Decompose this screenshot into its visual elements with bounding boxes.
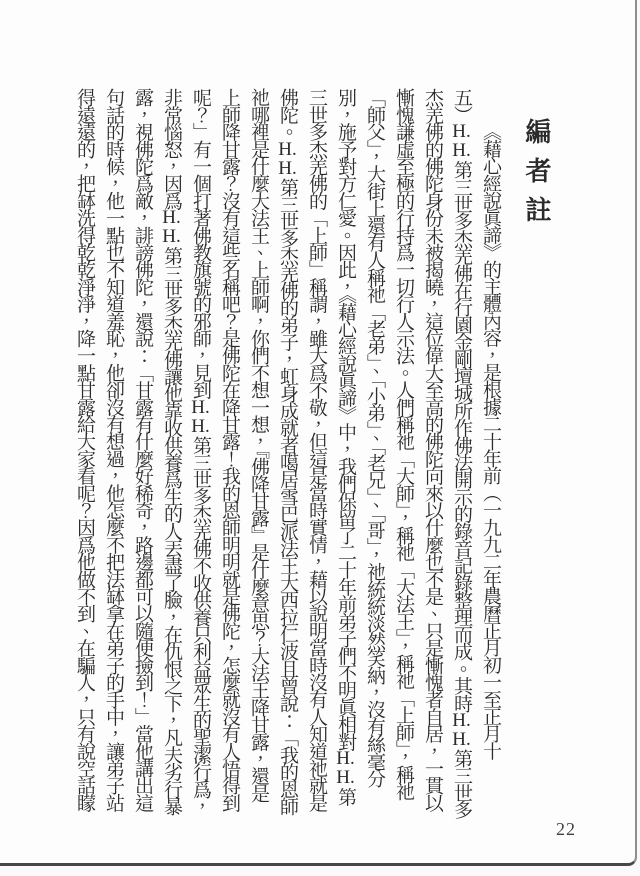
page-number: 22 xyxy=(556,819,576,840)
text-column: 杰羌佛的佛陀身份未被揭曉，這位偉大至高的佛陀向來以什麼也不是、只是慚愧者自居，一… xyxy=(418,88,447,828)
page-title: 編者註 xyxy=(517,88,555,828)
latin-initials: H. xyxy=(161,227,182,246)
text-column: 露，視佛陀爲敵，誹謗佛陀，還說：「甘露有什麼好稀奇，路邊都可以隨便撿到！」當他講… xyxy=(128,88,157,828)
text-column: 五）H.H.第三世多杰羌佛在行園金剛壇城所作佛法開示的錄音記錄整理而成。其時H.… xyxy=(447,88,476,828)
latin-initials: H. xyxy=(190,417,211,436)
text-column: 非常惱怒，因爲H.H.第三世多杰羌佛讓他靠收供養爲生的人丟盡了臉，在仇恨之下，凡… xyxy=(157,88,186,828)
text-column: 祂哪裡是什麼大法王、上師啊，你們不想一想，『佛降甘露』是什麼意思？大法王降甘露，… xyxy=(244,88,273,828)
text-column: 慚愧謙虛至極的行持爲一切行人示法。人們稱祂「大師」，稱祂「大法王」，稱祂「上師」… xyxy=(389,88,418,828)
text-column: 上師降甘露？沒有這些名稱吧？是佛陀在降甘露！我的恩師明明就是佛陀，怎麼就沒有人悟… xyxy=(215,88,244,828)
text-column: 「師父」，大街上還有人稱祂「老弟」、「小弟」、「老兄」、「哥」，祂統統淡然笑納，… xyxy=(360,88,389,828)
latin-initials: H. xyxy=(190,398,211,417)
text-column: 呢？」有一個打著佛教旗號的邪師，見到H.H.第三世多杰羌佛不收供養只利益眾生的聖… xyxy=(186,88,215,828)
text-column: 別，施予對方仁愛。因此，《藉心經說眞諦》中，我們保留了二十年前弟子們不明眞相對H… xyxy=(331,88,360,828)
latin-initials: H. xyxy=(335,768,356,787)
latin-initials: H. xyxy=(335,749,356,768)
text-column: 三世多杰羌佛的「上師」稱謂，雖大爲不敬，但這是當時實情，藉以說明當時沒有人知道祂… xyxy=(302,88,331,828)
text-column: 佛陀。H.H.第三世多杰羌佛的弟子，虹身成就者噶居雪巴派法王大西拉仁波且曾說：「… xyxy=(273,88,302,828)
text-column: 句話的時候，他一點也不知道羞恥，他卻沒有想過，他怎麼不把法缽拿在弟子的手中，讓弟… xyxy=(99,88,128,828)
latin-initials: H. xyxy=(277,159,298,178)
latin-initials: H. xyxy=(451,711,472,730)
latin-initials: H. xyxy=(161,208,182,227)
text-column: 得遠遠的，把缽洗得乾乾淨淨，降一點甘露給大家看呢？因爲他做不到、在騙人，只有說空… xyxy=(70,88,99,828)
scanned-page: 編者註 《藉心經說眞諦》的主體內容，是根據二十年前（一九九二年農曆正月初一至正月… xyxy=(0,0,637,866)
body-text: 編者註 《藉心經說眞諦》的主體內容，是根據二十年前（一九九二年農曆正月初一至正月… xyxy=(70,88,555,828)
text-column: 《藉心經說眞諦》的主體內容，是根據二十年前（一九九二年農曆正月初一至正月十 xyxy=(476,88,505,828)
latin-initials: H. xyxy=(277,140,298,159)
latin-initials: H. xyxy=(451,730,472,749)
latin-initials: H. xyxy=(451,141,472,160)
latin-initials: H. xyxy=(451,122,472,141)
